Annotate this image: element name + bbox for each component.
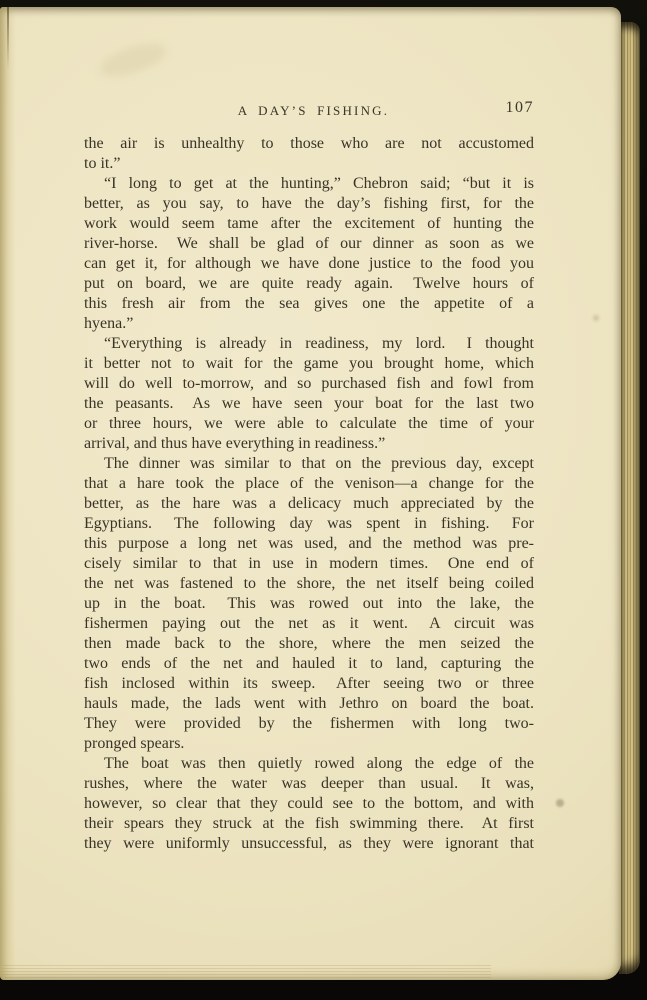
paragraph: The boat was then quietly rowed along th…	[84, 754, 534, 854]
text-line: this fresh air from the sea gives one th…	[84, 294, 534, 314]
text-line: “Everything is already in readiness, my …	[84, 334, 534, 354]
text-line: cisely similar to that in use in modern …	[84, 554, 534, 574]
text-line: rushes, where the water was deeper than …	[84, 774, 534, 794]
text-line: they were uniformly unsuccessful, as the…	[84, 834, 534, 854]
text-line: or three hours, we were able to calculat…	[84, 414, 534, 434]
text-line: hauls made, the lads went with Jethro on…	[84, 694, 534, 714]
text-line: it better not to wait for the game you b…	[84, 354, 534, 374]
page-gutter-shade	[0, 7, 16, 980]
running-header: A DAY’S FISHING. 107	[84, 101, 534, 121]
text-line: arrival, and thus have everything in rea…	[84, 434, 534, 454]
text-line: “I long to get at the hunting,” Chebron …	[84, 174, 534, 194]
paragraph: “Everything is already in readiness, my …	[84, 334, 534, 454]
page-text: the air is unhealthy to those who are no…	[84, 134, 534, 854]
paragraph: the air is unhealthy to those who are no…	[84, 134, 534, 174]
text-line: pronged spears.	[84, 734, 534, 754]
text-line: fishermen paying out the net as it went.…	[84, 614, 534, 634]
text-line: up in the boat. This was rowed out into …	[84, 594, 534, 614]
book-scan: A DAY’S FISHING. 107 the air is unhealth…	[0, 0, 647, 1000]
page-stack-bottom-edge	[2, 963, 491, 978]
text-line: their spears they struck at the fish swi…	[84, 814, 534, 834]
text-line: that a hare took the place of the veniso…	[84, 474, 534, 494]
book-page: A DAY’S FISHING. 107 the air is unhealth…	[0, 7, 621, 980]
text-line: however, so clear that they could see to…	[84, 794, 534, 814]
text-line: this purpose a long net was used, and th…	[84, 534, 534, 554]
text-line: put on board, we are quite ready again. …	[84, 274, 534, 294]
text-line: to it.”	[84, 154, 534, 174]
text-line: river-horse. We shall be glad of our din…	[84, 234, 534, 254]
text-line: the peasants. As we have seen your boat …	[84, 394, 534, 414]
text-line: The dinner was similar to that on the pr…	[84, 454, 534, 474]
text-line: will do well to-morrow, and so purchased…	[84, 374, 534, 394]
text-line: Egyptians. The following day was spent i…	[84, 514, 534, 534]
text-line: better, as the hare was a delicacy much …	[84, 494, 534, 514]
text-line: They were provided by the fishermen with…	[84, 714, 534, 734]
scan-smudge	[96, 37, 171, 83]
paragraph: The dinner was similar to that on the pr…	[84, 454, 534, 754]
text-line: can get it, for although we have done ju…	[84, 254, 534, 274]
text-line: two ends of the net and hauled it to lan…	[84, 654, 534, 674]
page-number: 107	[506, 99, 535, 117]
text-line: The boat was then quietly rowed along th…	[84, 754, 534, 774]
text-line: work would seem tame after the excitemen…	[84, 214, 534, 234]
scan-speck	[593, 315, 599, 321]
scan-speck	[556, 799, 564, 807]
text-line: the air is unhealthy to those who are no…	[84, 134, 534, 154]
page-stack-right-edge	[619, 22, 640, 974]
paragraph: “I long to get at the hunting,” Chebron …	[84, 174, 534, 334]
text-line: better, as you say, to have the day’s fi…	[84, 194, 534, 214]
running-title: A DAY’S FISHING.	[238, 103, 389, 119]
text-line: the net was fastened to the shore, the n…	[84, 574, 534, 594]
text-line: fish inclosed within its sweep. After se…	[84, 674, 534, 694]
page-left-edge-line	[7, 7, 9, 69]
text-line: then made back to the shore, where the m…	[84, 634, 534, 654]
text-line: hyena.”	[84, 314, 534, 334]
